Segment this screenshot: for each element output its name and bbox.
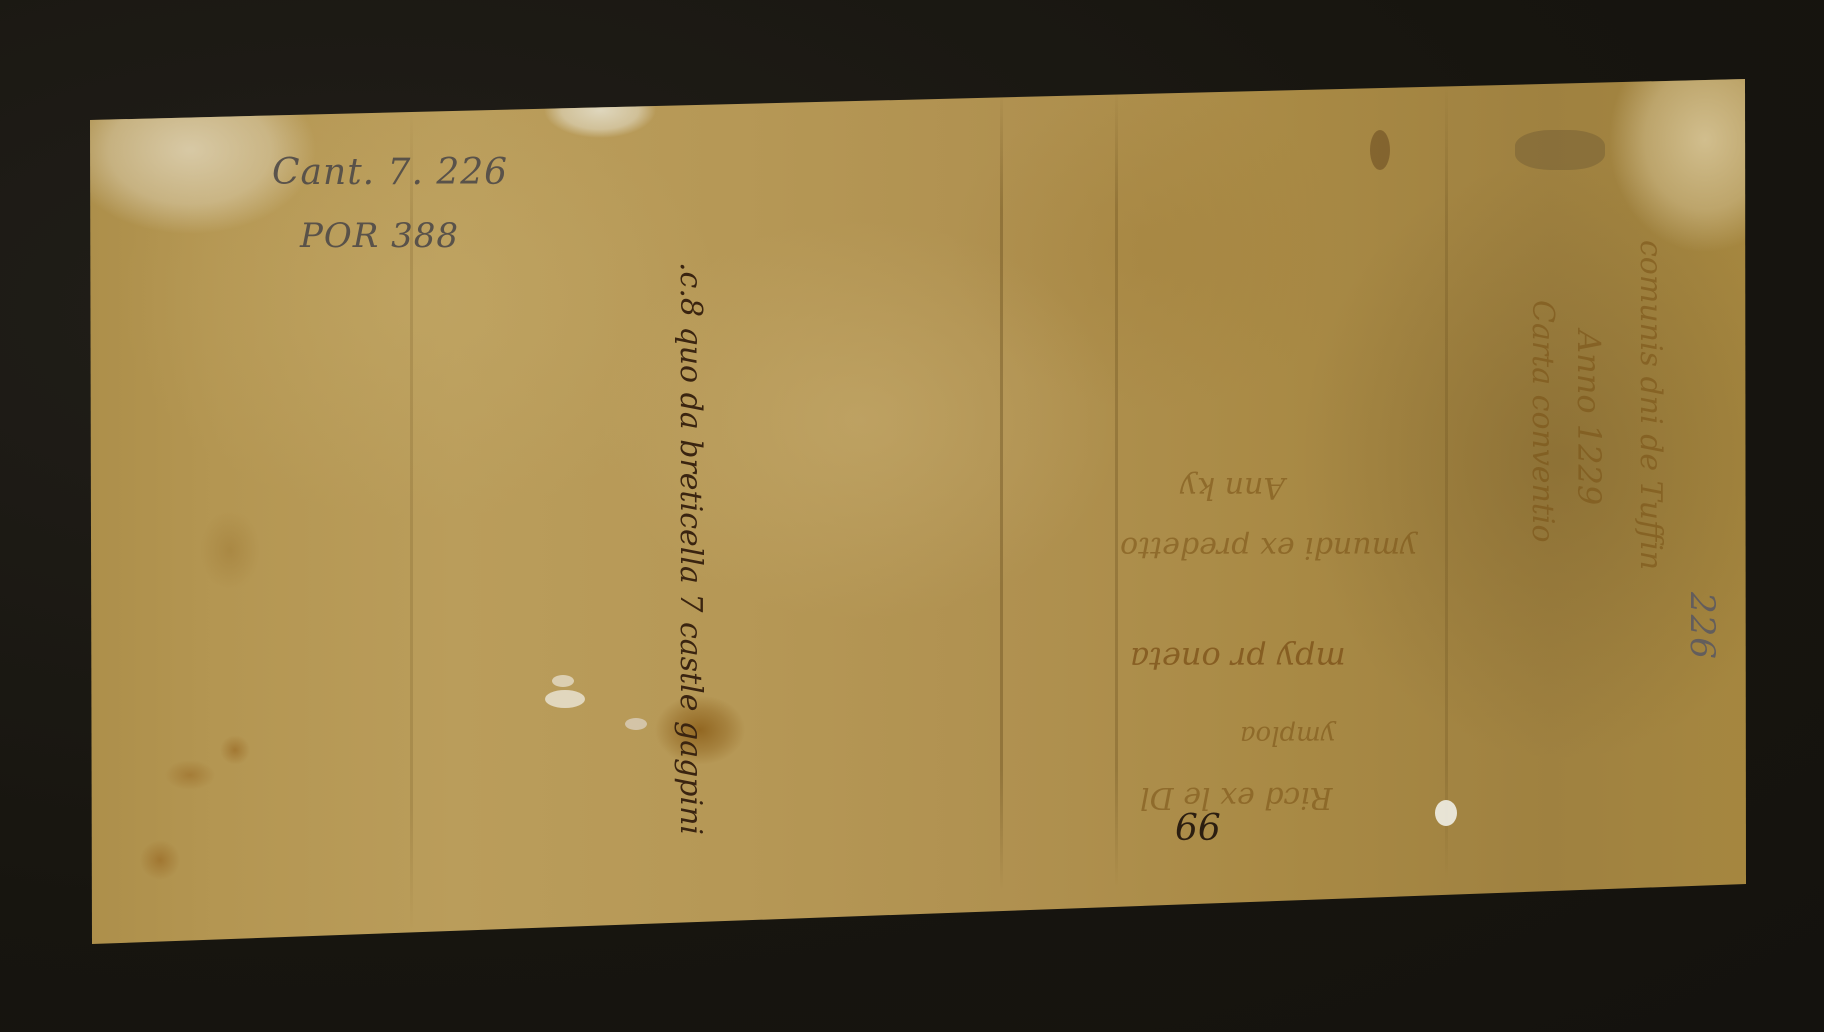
offset-text-line: ymundi ex predetto bbox=[1120, 530, 1417, 565]
faded-vertical-line: Anno 1229 bbox=[1570, 330, 1608, 505]
faded-vertical-line: comunis dni de Tuffin bbox=[1633, 240, 1668, 570]
document-photo: Cant. 7. 226 POR 388 .c.8 quo da bretice… bbox=[0, 0, 1824, 1032]
fold-crease bbox=[1115, 88, 1118, 888]
worn-spot bbox=[625, 718, 647, 730]
fold-crease bbox=[1000, 90, 1003, 890]
worn-spot bbox=[1435, 800, 1457, 826]
offset-text-block: Ann ky ymundi ex predetto mpy pr oneta y… bbox=[1120, 470, 1460, 750]
offset-text-line: Ann ky bbox=[1180, 470, 1285, 505]
offset-text-line: mpy pr oneta bbox=[1130, 640, 1346, 678]
shelfmark-line-1: Cant. 7. 226 bbox=[272, 152, 508, 193]
offset-text-line: ymploa bbox=[1240, 720, 1335, 750]
docket-vertical-text: .c.8 quo da breticella 7 castle gagpini bbox=[673, 262, 708, 835]
worn-spot bbox=[552, 675, 574, 687]
edge-number: 226 bbox=[1682, 592, 1722, 660]
shelfmark-line-2: POR 388 bbox=[300, 216, 459, 256]
worn-spot bbox=[545, 690, 585, 708]
ink-mark bbox=[1515, 130, 1605, 170]
offset-text-line: Ricd ex le Dl bbox=[1140, 780, 1332, 815]
ink-mark bbox=[1370, 130, 1390, 170]
faded-vertical-line: Carta conventio bbox=[1525, 300, 1560, 543]
